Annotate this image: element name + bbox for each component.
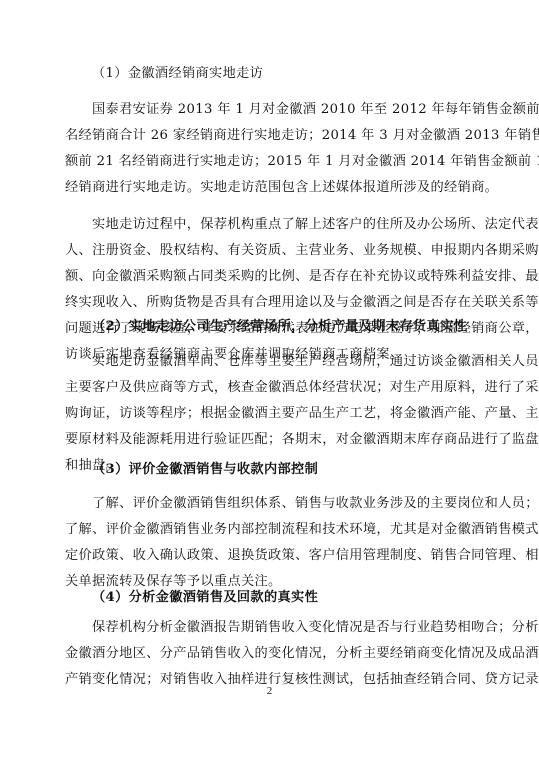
paragraph-line: 额前 21 名经销商进行实地走访；2015 年 1 月对金徽酒 2014 年销售… [65, 154, 473, 170]
paragraph-line: 国泰君安证券 2013 年 1 月对金徽酒 2010 年至 2012 年每年销售… [92, 102, 473, 118]
paragraph-line: 终实现收入、所购货物是否具有合理用途以及与金徽酒之间是否存在关联关系等 [65, 295, 473, 311]
paragraph-line: 实地走访金徽酒车间、仓库等主要生产经营场所，通过访谈金徽酒相关人员、 [92, 354, 473, 370]
paragraph-line: 定价政策、收入确认政策、退换货政策、客户信用管理制度、销售合同管理、相 [65, 548, 473, 564]
paragraph-line: 要原材料及能源耗用进行验证匹配；各期末，对金徽酒期末库存商品进行了监盘 [65, 432, 473, 448]
paragraph-line: 额、向金徽酒采购额占同类采购的比例、是否存在补充协议或特殊利益安排、最 [65, 269, 473, 285]
document-page: （1）金徽酒经销商实地走访 国泰君安证券 2013 年 1 月对金徽酒 2010… [0, 0, 539, 764]
paragraph-line: 金徽酒分地区、分产品销售收入的变化情况，分析主要经销商变化情况及成品酒 [65, 646, 473, 662]
page-number: 2 [0, 685, 539, 697]
section-heading-2: （2）实地走访公司生产经营场所，分析产量及期末存货真实性 [92, 319, 473, 335]
paragraph-line: 保荐机构分析金徽酒报告期销售收入变化情况是否与行业趋势相吻合；分析 [92, 620, 473, 636]
paragraph-line: 主要客户及供应商等方式，核查金徽酒总体经营状况；对生产用原料，进行了采 [65, 380, 473, 396]
section-heading-3: （3）评价金徽酒销售与收款内部控制 [92, 462, 473, 478]
paragraph-line: 了解、评价金徽酒销售业务内部控制流程和技术环境，尤其是对金徽酒销售模式、 [65, 522, 473, 538]
paragraph-line: 了解、评价金徽酒销售组织体系、销售与收款业务涉及的主要岗位和人员； [92, 496, 473, 512]
paragraph-line: 名经销商合计 26 家经销商进行实地走访；2014 年 3 月对金徽酒 2013… [65, 128, 473, 144]
paragraph-line: 关单据流转及保存等予以重点关注。 [65, 574, 473, 590]
paragraph-line: 人、注册资金、股权结构、有关资质、主营业务、业务规模、申报期内各期采购 [65, 243, 473, 259]
paragraph-line: 实地走访过程中，保荐机构重点了解上述客户的住所及办公场所、法定代表 [92, 217, 473, 233]
paragraph-line: 经销商进行实地走访。实地走访范围包含上述媒体报道所涉及的经销商。 [65, 180, 473, 196]
section-heading-4: （4）分析金徽酒销售及回款的真实性 [92, 590, 473, 606]
section-heading-1: （1）金徽酒经销商实地走访 [92, 66, 473, 82]
paragraph-line: 购询证，访谈等程序；根据金徽酒主要产品生产工艺，将金徽酒产能、产量、主 [65, 406, 473, 422]
